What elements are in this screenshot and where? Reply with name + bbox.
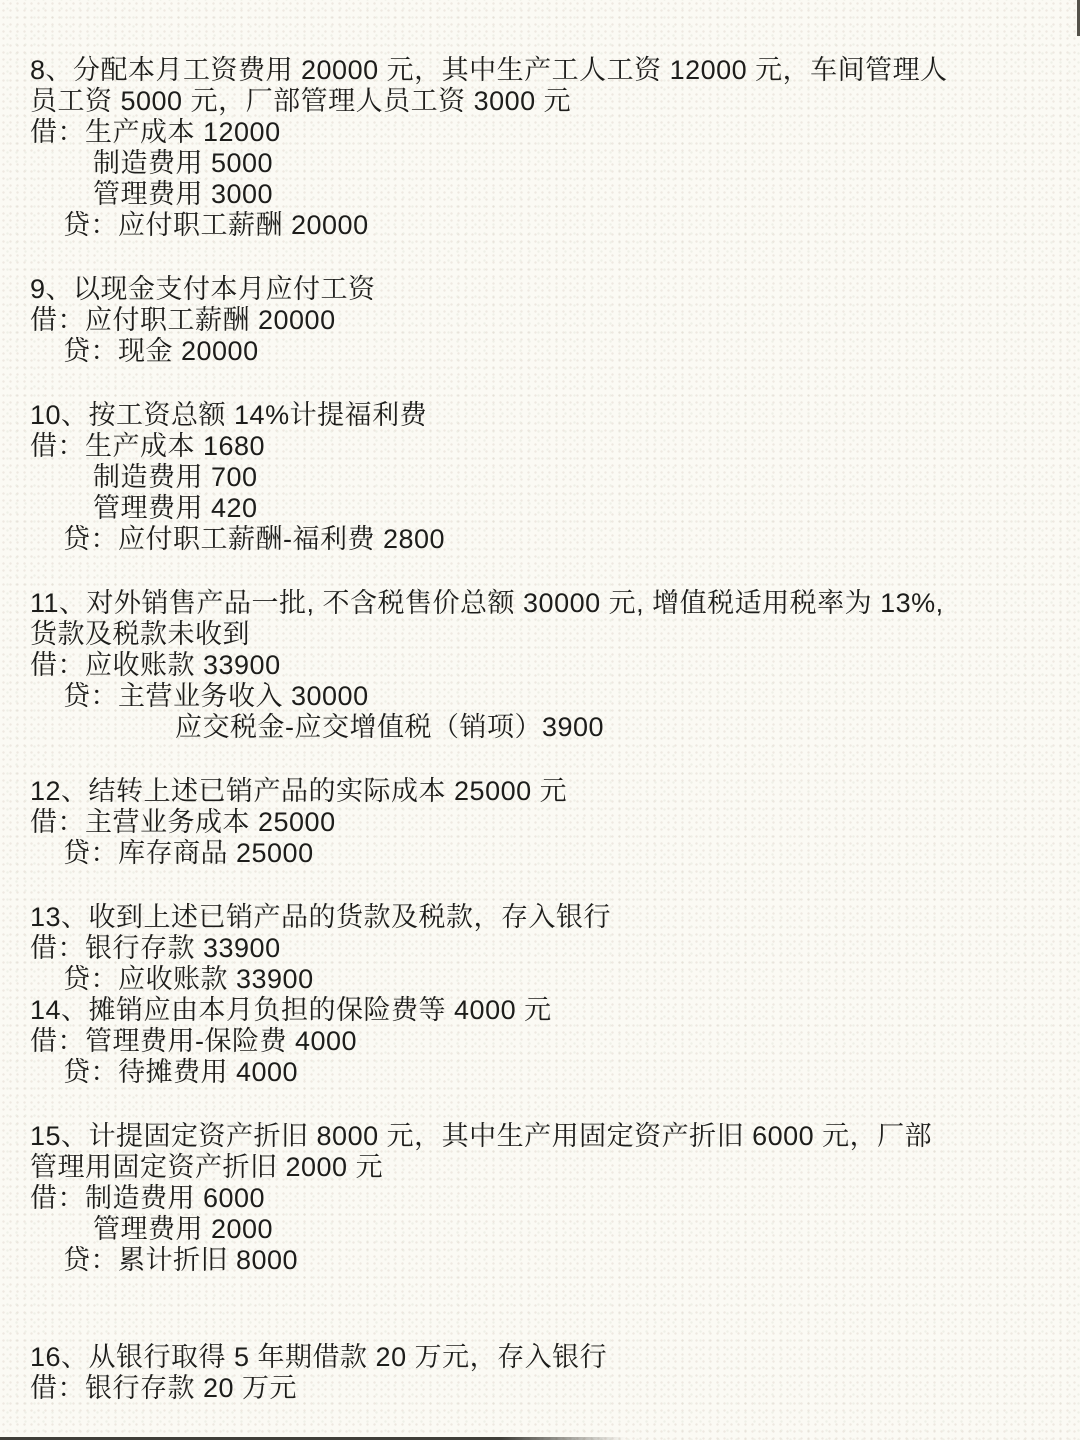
entry-line: 管理费用 3000 xyxy=(93,179,1050,210)
journal-entry-8: 8、分配本月工资费用 20000 元，其中生产工人工资 12000 元，车间管理… xyxy=(30,55,1050,241)
entry-line: 9、以现金支付本月应付工资 xyxy=(30,274,1050,305)
entry-line: 制造费用 5000 xyxy=(93,148,1050,179)
entry-line: 10、按工资总额 14%计提福利费 xyxy=(30,400,1050,431)
journal-entry-9: 9、以现金支付本月应付工资借：应付职工薪酬 20000贷：现金 20000 xyxy=(30,274,1050,367)
entry-line: 16、从银行取得 5 年期借款 20 万元，存入银行 xyxy=(30,1342,1050,1373)
worksheet-page: 8、分配本月工资费用 20000 元，其中生产工人工资 12000 元，车间管理… xyxy=(0,0,1080,1404)
entry-line: 贷：库存商品 25000 xyxy=(63,838,1050,869)
journal-entries: 8、分配本月工资费用 20000 元，其中生产工人工资 12000 元，车间管理… xyxy=(30,55,1050,1404)
entry-line: 借：管理费用-保险费 4000 xyxy=(30,1026,1050,1057)
entry-line: 贷：累计折旧 8000 xyxy=(63,1245,1050,1276)
journal-entry-14: 14、摊销应由本月负担的保险费等 4000 元借：管理费用-保险费 4000贷：… xyxy=(30,995,1050,1088)
entry-line: 借：生产成本 12000 xyxy=(30,117,1050,148)
entry-line: 贷：应收账款 33900 xyxy=(63,964,1050,995)
entry-line: 12、结转上述已销产品的实际成本 25000 元 xyxy=(30,776,1050,807)
entry-line: 借：制造费用 6000 xyxy=(30,1183,1050,1214)
entry-line: 借：银行存款 20 万元 xyxy=(30,1373,1050,1404)
entry-line: 制造费用 700 xyxy=(93,462,1050,493)
entry-line: 员工资 5000 元，厂部管理人员工资 3000 元 xyxy=(30,86,1050,117)
journal-entry-11: 11、对外销售产品一批, 不含税售价总额 30000 元, 增值税适用税率为 1… xyxy=(30,588,1050,743)
entry-line: 借：主营业务成本 25000 xyxy=(30,807,1050,838)
entry-line: 14、摊销应由本月负担的保险费等 4000 元 xyxy=(30,995,1050,1026)
entry-line: 13、收到上述已销产品的货款及税款，存入银行 xyxy=(30,902,1050,933)
entry-line: 管理费用 2000 xyxy=(93,1214,1050,1245)
entry-line: 贷：主营业务收入 30000 xyxy=(63,681,1050,712)
entry-line: 15、计提固定资产折旧 8000 元，其中生产用固定资产折旧 6000 元，厂部 xyxy=(30,1121,1050,1152)
entry-line: 管理费用 420 xyxy=(93,493,1050,524)
entry-line: 货款及税款未收到 xyxy=(30,619,1050,650)
journal-entry-15: 15、计提固定资产折旧 8000 元，其中生产用固定资产折旧 6000 元，厂部… xyxy=(30,1121,1050,1276)
entry-line: 管理用固定资产折旧 2000 元 xyxy=(30,1152,1050,1183)
entry-line: 11、对外销售产品一批, 不含税售价总额 30000 元, 增值税适用税率为 1… xyxy=(30,588,1050,619)
entry-line: 借：银行存款 33900 xyxy=(30,933,1050,964)
entry-line: 贷：待摊费用 4000 xyxy=(63,1057,1050,1088)
entry-line: 贷：应付职工薪酬-福利费 2800 xyxy=(63,524,1050,555)
entry-line: 贷：应付职工薪酬 20000 xyxy=(63,210,1050,241)
entry-line: 8、分配本月工资费用 20000 元，其中生产工人工资 12000 元，车间管理… xyxy=(30,55,1050,86)
journal-entry-10: 10、按工资总额 14%计提福利费借：生产成本 1680制造费用 700管理费用… xyxy=(30,400,1050,555)
entry-line: 借：应付职工薪酬 20000 xyxy=(30,305,1050,336)
entry-line: 应交税金-应交增值税（销项）3900 xyxy=(175,712,1050,743)
journal-entry-12: 12、结转上述已销产品的实际成本 25000 元借：主营业务成本 25000贷：… xyxy=(30,776,1050,869)
journal-entry-13: 13、收到上述已销产品的货款及税款，存入银行借：银行存款 33900贷：应收账款… xyxy=(30,902,1050,995)
entry-line: 借：生产成本 1680 xyxy=(30,431,1050,462)
journal-entry-16: 16、从银行取得 5 年期借款 20 万元，存入银行借：银行存款 20 万元 xyxy=(30,1342,1050,1404)
entry-line: 贷：现金 20000 xyxy=(63,336,1050,367)
entry-line: 借：应收账款 33900 xyxy=(30,650,1050,681)
